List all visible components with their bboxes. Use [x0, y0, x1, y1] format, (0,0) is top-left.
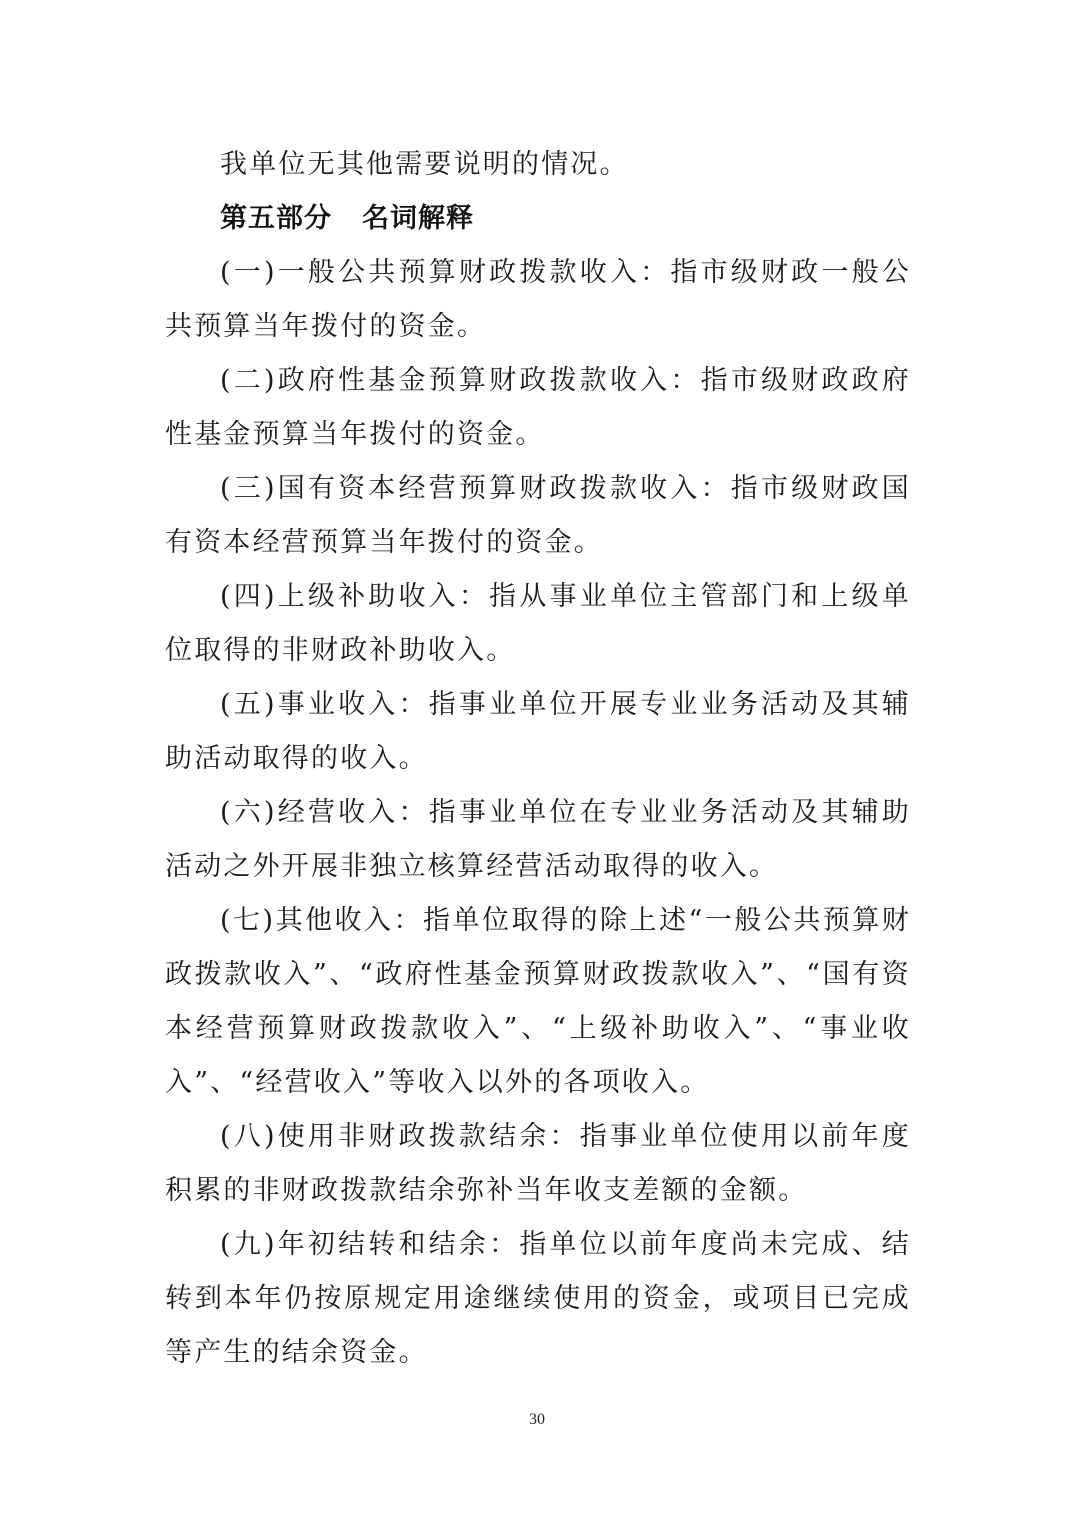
definition-text: 国有资本经营预算财政拨款收入：指市级财政国有资本经营预算当年拨付的资金。 — [165, 473, 911, 558]
definition-text: 使用非财政拨款结余：指事业单位使用以前年度积累的非财政拨款结余弥补当年收支差额的… — [165, 1121, 911, 1206]
definition-item-5: (五)事业收入：指事业单位开展专业业务活动及其辅助活动取得的收入。 — [165, 678, 911, 786]
definition-item-7: (七)其他收入：指单位取得的除上述“一般公共预算财政拨款收入”、“政府性基金预算… — [165, 894, 911, 1110]
definition-label: (二) — [220, 365, 277, 396]
definition-text: 事业收入：指事业单位开展专业业务活动及其辅助活动取得的收入。 — [165, 689, 911, 774]
definition-label: (七) — [220, 905, 275, 936]
definition-text: 经营收入：指事业单位在专业业务活动及其辅助活动之外开展非独立核算经营活动取得的收… — [165, 797, 911, 882]
definition-text: 年初结转和结余：指单位以前年度尚未完成、结转到本年仍按原规定用途继续使用的资金，… — [165, 1229, 911, 1368]
section-part-label: 第五部分 — [220, 203, 332, 234]
definition-label: (五) — [220, 689, 277, 720]
definition-label: (三) — [220, 473, 277, 504]
definition-item-2: (二)政府性基金预算财政拨款收入：指市级财政政府性基金预算当年拨付的资金。 — [165, 354, 911, 462]
section-heading: 第五部分名词解释 — [165, 192, 911, 246]
definition-item-8: (八)使用非财政拨款结余：指事业单位使用以前年度积累的非财政拨款结余弥补当年收支… — [165, 1110, 911, 1218]
definition-text: 政府性基金预算财政拨款收入：指市级财政政府性基金预算当年拨付的资金。 — [165, 365, 911, 450]
definition-item-6: (六)经营收入：指事业单位在专业业务活动及其辅助活动之外开展非独立核算经营活动取… — [165, 786, 911, 894]
definition-item-1: (一)一般公共预算财政拨款收入：指市级财政一般公共预算当年拨付的资金。 — [165, 246, 911, 354]
definition-text: 一般公共预算财政拨款收入：指市级财政一般公共预算当年拨付的资金。 — [165, 257, 911, 342]
definition-label: (六) — [220, 797, 277, 828]
definition-label: (八) — [220, 1121, 277, 1152]
page-number: 30 — [0, 1411, 1074, 1429]
definition-item-4: (四)上级补助收入：指从事业单位主管部门和上级单位取得的非财政补助收入。 — [165, 570, 911, 678]
definition-text: 其他收入：指单位取得的除上述“一般公共预算财政拨款收入”、“政府性基金预算财政拨… — [165, 905, 911, 1098]
definition-label: (四) — [220, 581, 277, 612]
section-title: 名词解释 — [362, 203, 474, 234]
definition-item-3: (三)国有资本经营预算财政拨款收入：指市级财政国有资本经营预算当年拨付的资金。 — [165, 462, 911, 570]
intro-paragraph: 我单位无其他需要说明的情况。 — [165, 138, 911, 192]
definition-text: 上级补助收入：指从事业单位主管部门和上级单位取得的非财政补助收入。 — [165, 581, 911, 666]
definition-item-9: (九)年初结转和结余：指单位以前年度尚未完成、结转到本年仍按原规定用途继续使用的… — [165, 1218, 911, 1380]
document-page: 我单位无其他需要说明的情况。 第五部分名词解释 (一)一般公共预算财政拨款收入：… — [165, 138, 911, 1380]
definition-label: (九) — [220, 1229, 277, 1260]
definition-label: (一) — [220, 257, 277, 288]
